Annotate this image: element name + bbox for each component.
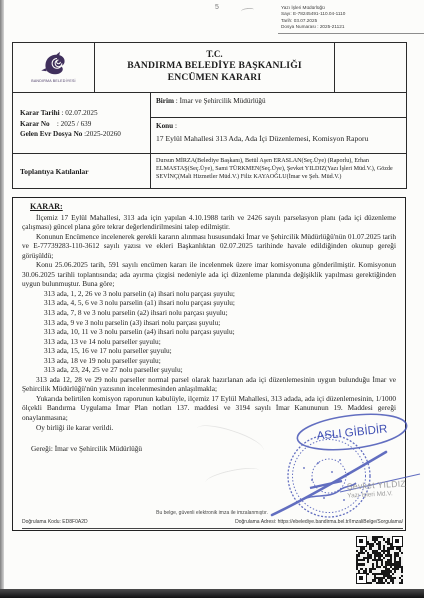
gelen-evr-label: Gelen Evr Dosya No <box>20 130 82 138</box>
verification-row: Doğrulama Kodu: ED8F0A2D Doğrulama Adres… <box>22 519 403 525</box>
birim-cell: Birim : İmar ve Şehircilik Müdürlüğü <box>151 93 406 117</box>
parcel-list-item: 313 ada, 10, 11 ve 3 nolu parselin (a4) … <box>44 327 396 337</box>
parcel-list-item: 313 ada, 4, 5, 6 ve 3 nolu parselin (a1)… <box>44 298 396 308</box>
document-title: T.C. BANDIRMA BELEDİYE BAŞKANLIĞI ENCÜME… <box>95 43 334 92</box>
scanned-document: 5 Yazı İşleri Müdürlüğü Sayı: E-78245491… <box>0 0 424 600</box>
karar-no-label: Karar No <box>20 120 50 128</box>
header-table: BANDIRMA BELEDİYESİ T.C. BANDIRMA BELEDİ… <box>12 42 407 189</box>
logo-cell: BANDIRMA BELEDİYESİ <box>13 43 94 92</box>
decision-paragraph: Konunun Encümence incelenerek gerekli ka… <box>22 232 396 261</box>
parcel-list-item: 313 ada, 18 ve 19 nolu parseller şuyulu; <box>44 356 396 366</box>
birim-label: Birim <box>156 97 174 105</box>
karar-tarihi-row: Karar Tarihi : 02.07.2025 <box>20 108 147 119</box>
signer-block: Şevket YILDIZ Yazı İşleri Md.V. <box>347 478 407 499</box>
qr-code <box>356 536 403 584</box>
scan-squiggle-mark <box>241 8 254 14</box>
verification-address: Doğrulama Adresi: https://ebelediye.band… <box>235 519 403 525</box>
karar-tarihi-label: Karar Tarihi <box>20 109 60 117</box>
karar-tarihi-value: 02.07.2025 <box>65 109 97 117</box>
gelen-evr-value: 2025-20260 <box>86 130 121 138</box>
registry-note: Yazı İşleri Müdürlüğü Sayı: E-78245491-1… <box>281 5 421 30</box>
asli-gibidir-text: ASLI GİBİDİR <box>316 422 388 442</box>
municipality-bird-logo-icon <box>39 51 69 78</box>
decision-meta-cell: Karar Tarihi : 02.07.2025 Karar No : 202… <box>13 93 150 153</box>
scan-bottom-bar-artifact <box>0 589 424 598</box>
decision-paragraph: 313 ada 12, 28 ve 29 nolu parseller norm… <box>22 375 396 394</box>
scan-edge-artifact <box>0 0 4 591</box>
verification-underline <box>22 528 403 529</box>
decision-paragraph: İlçemiz 17 Eylül Mahallesi, 313 ada için… <box>22 213 396 232</box>
parcel-list-item: 313 ada, 13 ve 14 nolu parseller şuyulu; <box>44 337 396 347</box>
empty-header-cell <box>335 43 406 92</box>
parcel-list-item: 313 ada, 23, 24, 25 ve 27 nolu parseller… <box>44 365 396 375</box>
konu-value: 17 Eylül Mahallesi 313 Ada, Ada İçi Düze… <box>156 134 401 144</box>
birim-value: İmar ve Şehircilik Müdürlüğü <box>180 97 266 105</box>
qr-finder-icon <box>392 536 403 547</box>
attendees-label: Toplantıya Katılanlar <box>13 154 150 188</box>
logo-caption: BANDIRMA BELEDİYESİ <box>31 79 76 83</box>
parcel-list-item: 313 ada, 7, 8 ve 3 nolu parselin (a2) ih… <box>44 308 396 318</box>
parcel-list-item: 313 ada, 9 ve 3 nolu parselin (a3) ihsar… <box>44 318 396 328</box>
decision-paragraph: Konu 25.06.2025 tarih, 591 sayılı encüme… <box>22 260 396 289</box>
registry-dosya-no: Dosya Numarası : 2025-21121 <box>281 24 421 30</box>
parcel-list-item: 313 ada, 15, 16 ve 17 nolu parseller şuy… <box>44 346 396 356</box>
title-institution: BANDIRMA BELEDİYE BAŞKANLIĞI <box>95 60 334 72</box>
karar-no-row: Karar No : 2025 / 639 <box>20 119 147 130</box>
gelen-evr-row: Gelen Evr Dosya No :2025-20260 <box>20 129 147 140</box>
decision-heading: KARAR: <box>30 202 396 212</box>
konu-cell: Konu : 17 Eylül Mahallesi 313 Ada, Ada İ… <box>151 118 406 153</box>
verification-code: Doğrulama Kodu: ED8F0A2D <box>22 519 88 525</box>
title-tc: T.C. <box>95 49 334 60</box>
qr-finder-icon <box>356 536 367 547</box>
registry-underline <box>278 33 424 34</box>
page-number-mark: 5 <box>215 4 219 11</box>
konu-label: Konu <box>156 122 173 130</box>
parcel-list-item: 313 ada, 1, 2, 26 ve 3 nolu parselin (a)… <box>44 289 396 299</box>
qr-finder-icon <box>356 573 367 584</box>
attendees-list: Dursun MİRZA(Belediye Başkanı), Betül Aş… <box>151 154 406 188</box>
karar-no-value: 2025 / 639 <box>61 120 92 128</box>
esign-note: Bu belge, güvenli elektronik imza ile im… <box>0 510 424 516</box>
title-doc-type: ENCÜMEN KARARI <box>95 72 334 84</box>
